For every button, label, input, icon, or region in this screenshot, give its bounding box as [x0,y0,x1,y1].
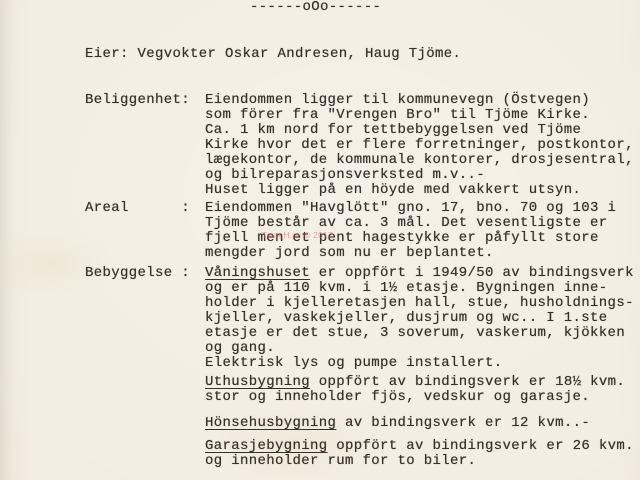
honsehusbygning-underlined-heading: Hönsehusbygning [205,415,336,431]
red-watermark: TasteH.as © 2017 [262,228,333,243]
text-line: Huset ligger på en höyde med vakkert uts… [205,183,634,198]
text-line: og bilreparasjonsverksted m.v..- [205,168,634,183]
text-line-rest: av bindingsverk er 12 kvm..- [336,415,590,431]
text-line-rest: oppfört av bindingsverk er 26 kvm. [328,438,634,454]
garasjebygning-underlined-heading: Garasjebygning [205,438,328,454]
section-label-beliggenhet: Beliggenhet: [85,93,190,108]
section-label-bebyggelse: Bebyggelse : [85,266,190,281]
text-line: lægekontor, de kommunale kontorer, drosj… [205,153,634,168]
text-line-rest: er oppfört i 1949/50 av bindingsverk [310,265,634,281]
scanned-document-page: ------oOo------ Eier: Vegvokter Oskar An… [0,0,640,480]
text-line: som förer fra "Vrengen Bro" til Tjöme Ki… [205,108,634,123]
text-line-rest: oppfört av bindingsverk er 18½ kvm. [310,374,625,390]
text-line: etasje er det stue, 3 soverum, vaskerum,… [205,326,634,341]
garasjebygning-paragraph: Garasjebygning oppfört av bindingsverk e… [205,439,634,469]
text-line: Eiendommen "Havglött" gno. 17, bno. 70 o… [205,201,616,216]
text-line: Uthusbygning oppfört av bindingsverk er … [205,375,625,390]
owner-line: Eier: Vegvokter Oskar Andresen, Haug Tjö… [85,47,461,62]
text-line: Garasjebygning oppfört av bindingsverk e… [205,439,634,454]
separator-line: ------oOo------ [250,0,381,15]
text-line: Elektrisk lys og pumpe installert. [205,356,634,371]
text-line: Kirke hvor det er flere forretninger, po… [205,138,634,153]
text-line: Hönsehusbygning av bindingsverk er 12 kv… [205,416,590,431]
text-line: og gang. [205,341,634,356]
vaningshuset-underlined-heading: Våningshuset [205,265,310,281]
section-label-areal: Areal : [85,201,190,216]
text-line: mengder jord som nu er beplantet. [205,246,616,261]
text-line: og er på 110 kvm. i 1½ etasje. Bygningen… [205,281,634,296]
honsehusbygning-paragraph: Hönsehusbygning av bindingsverk er 12 kv… [205,416,590,431]
uthusbygning-underlined-heading: Uthusbygning [205,374,310,390]
text-line: holder i kjelleretasjen hall, stue, hush… [205,296,634,311]
beliggenhet-paragraph: Eiendommen ligger til kommunevegn (Östve… [205,93,634,198]
text-line: stor og inneholder fjös, vedskur og gara… [205,390,625,405]
text-line: Eiendommen ligger til kommunevegn (Östve… [205,93,634,108]
uthusbygning-paragraph: Uthusbygning oppfört av bindingsverk er … [205,375,625,405]
text-line: Våningshuset er oppfört i 1949/50 av bin… [205,266,634,281]
text-line: Ca. 1 km nord for tettbebyggelsen ved Tj… [205,123,634,138]
text-line: og inneholder rum for to biler. [205,454,634,469]
text-line: kjeller, vaskekjeller, dusjrum og wc.. I… [205,311,634,326]
vaningshuset-paragraph: Våningshuset er oppfört i 1949/50 av bin… [205,266,634,371]
